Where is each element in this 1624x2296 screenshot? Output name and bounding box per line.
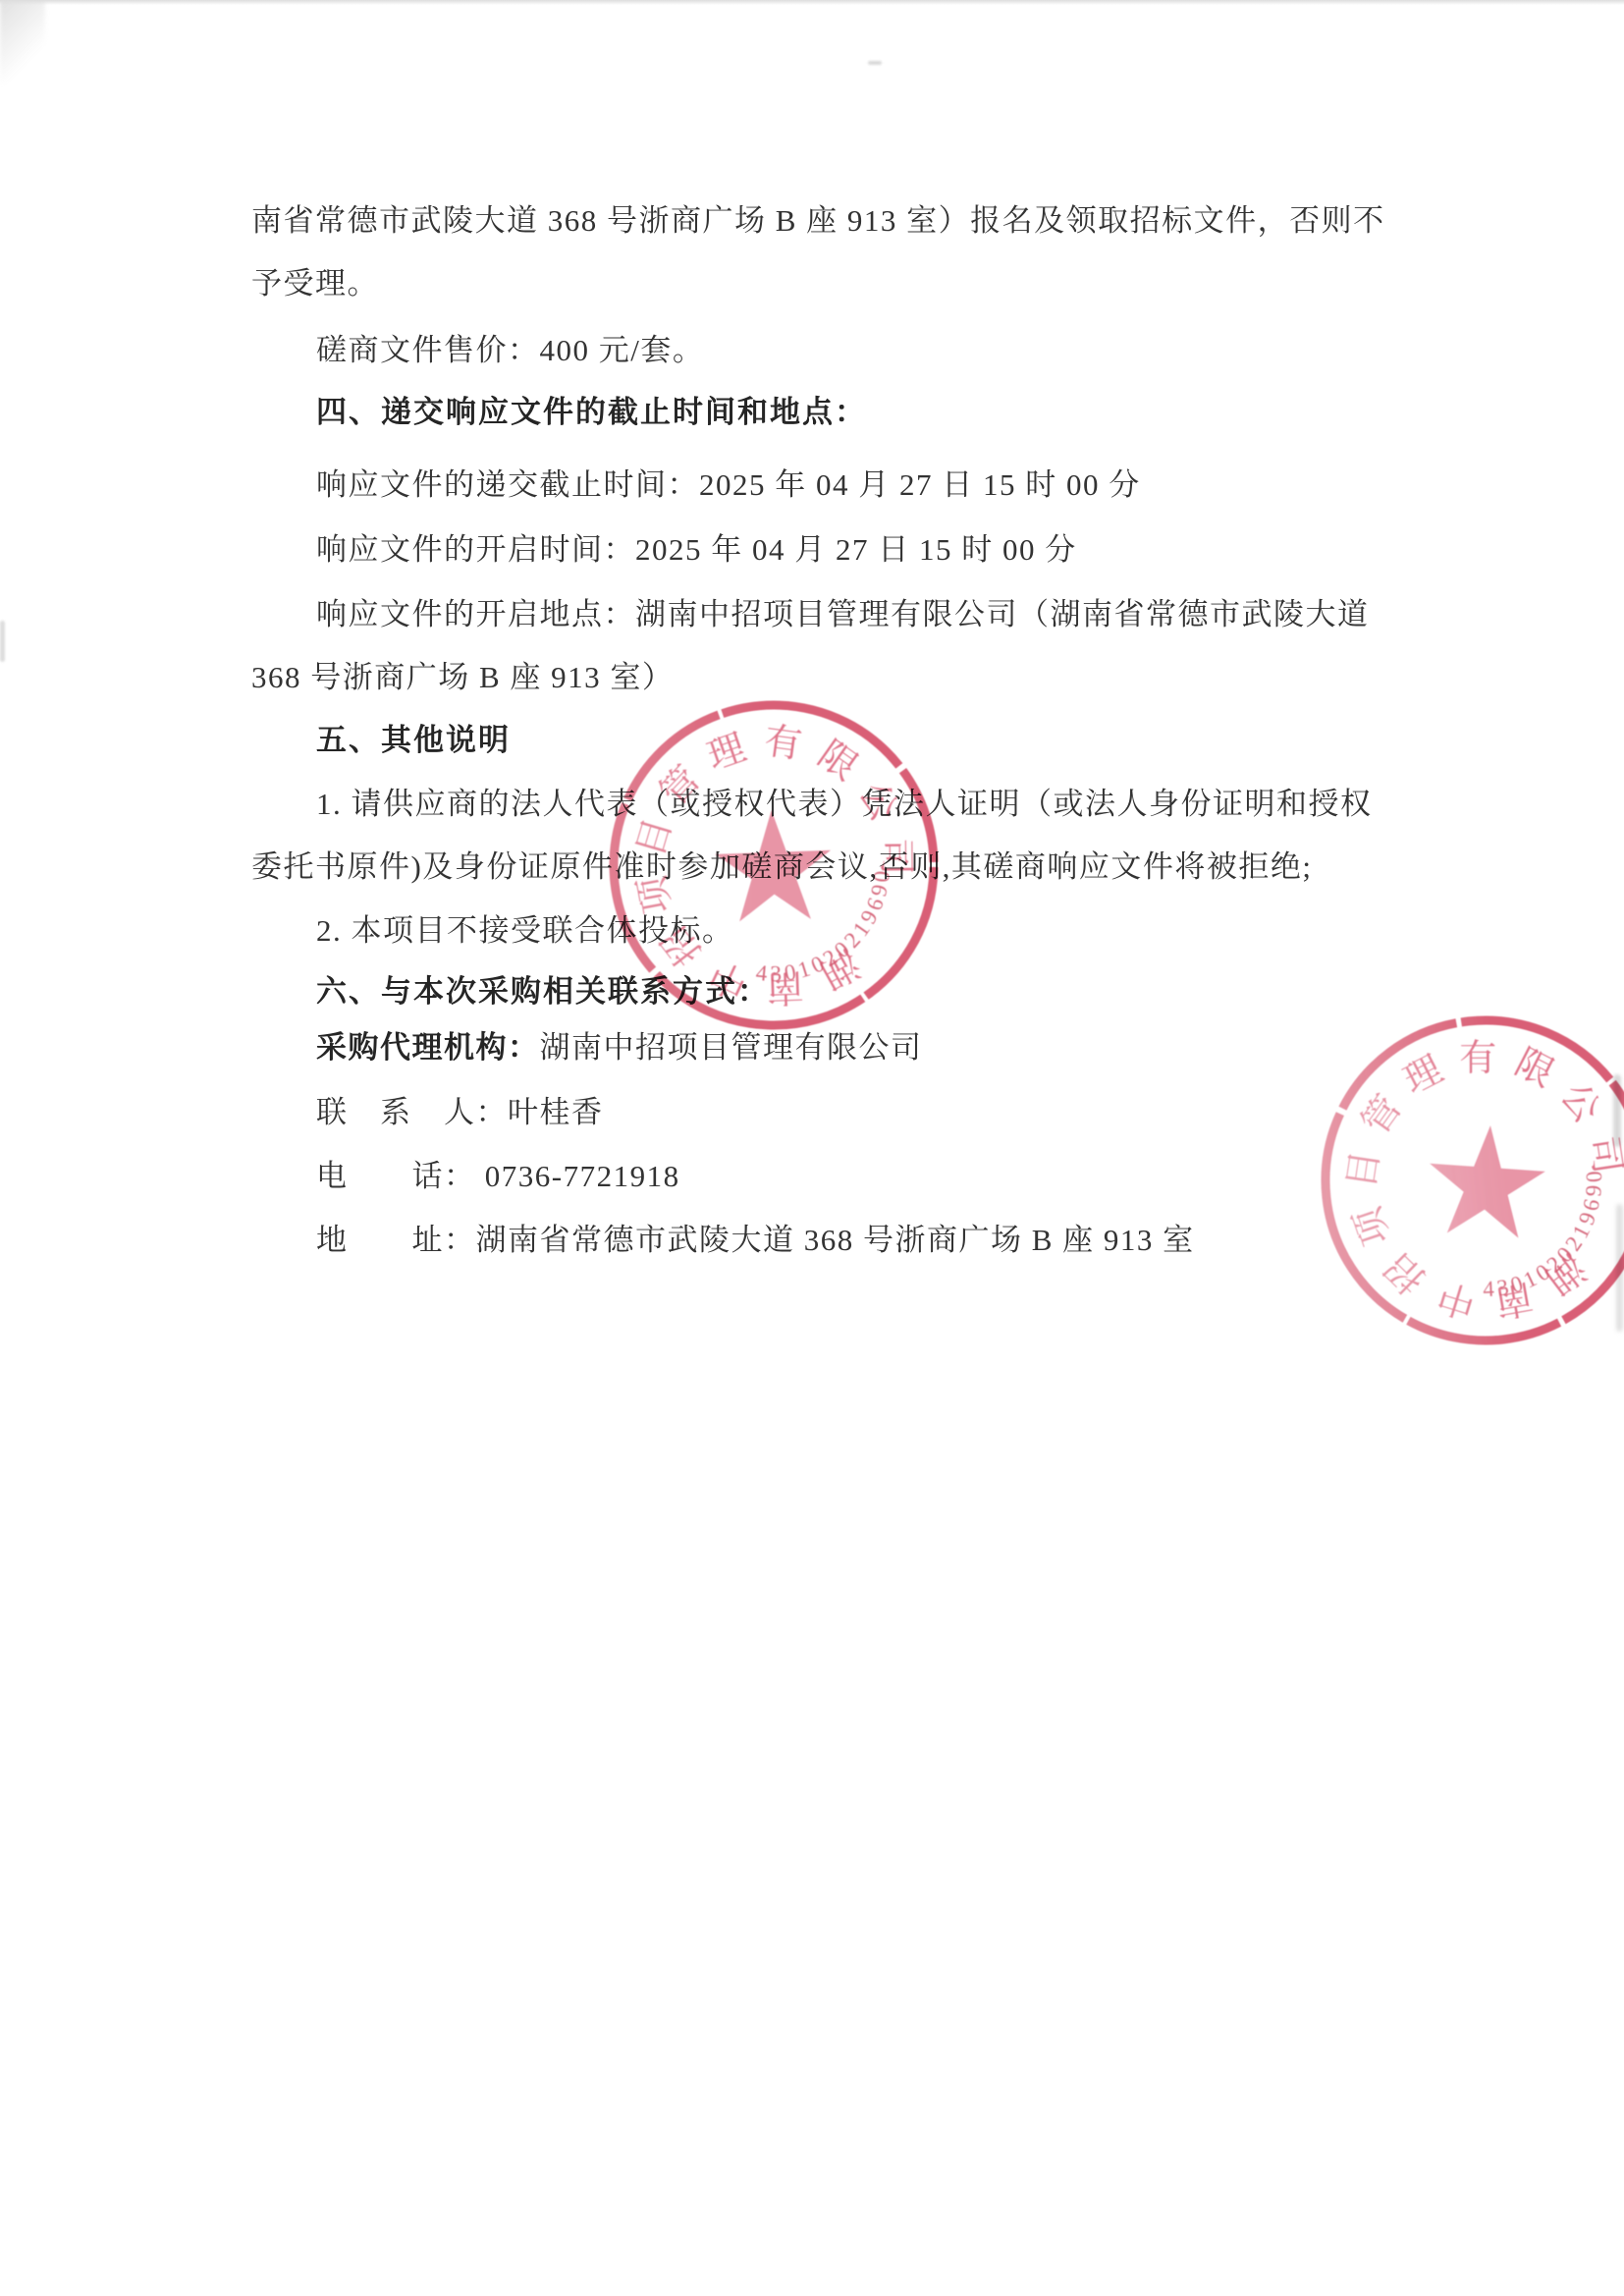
seal-star-icon bbox=[1425, 1121, 1548, 1239]
line-contact-person: 联 系 人：叶桂香 bbox=[316, 1093, 604, 1132]
line-document-price: 磋商文件售价：400 元/套。 bbox=[316, 331, 704, 370]
company-seal-stamp-1: 湖南中招项目管理有限公司 4301020219690 bbox=[577, 669, 970, 1062]
scan-speck bbox=[868, 61, 882, 65]
line-opening-location: 响应文件的开启地点：湖南中招项目管理有限公司（湖南省常德市武陵大道 bbox=[316, 595, 1370, 634]
line-opening-time: 响应文件的开启时间：2025 年 04 月 27 日 15 时 00 分 bbox=[316, 530, 1077, 570]
line-contact-phone: 电 话： 0736-7721918 bbox=[316, 1157, 680, 1196]
line-submission-deadline: 响应文件的递交截止时间：2025 年 04 月 27 日 15 时 00 分 bbox=[316, 465, 1141, 505]
company-seal-stamp-2: 湖南中招项目管理有限公司 4301020219690 bbox=[1289, 984, 1624, 1377]
line-contact-address: 地 址：湖南省常德市武陵大道 368 号浙商广场 B 座 913 室 bbox=[316, 1221, 1195, 1260]
line-address-continuation-2: 予受理。 bbox=[251, 264, 379, 303]
scan-edge-shading bbox=[0, 0, 1624, 5]
agency-field-label: 采购代理机构： bbox=[316, 1030, 540, 1065]
heading-section-5: 五、其他说明 bbox=[316, 721, 511, 760]
line-address-continuation: 南省常德市武陵大道 368 号浙商广场 B 座 913 室）报名及领取招标文件，… bbox=[251, 201, 1385, 241]
seal-star-icon bbox=[714, 808, 834, 922]
document-page: 南省常德市武陵大道 368 号浙商广场 B 座 913 室）报名及领取招标文件，… bbox=[0, 0, 1624, 2296]
scan-speck bbox=[0, 621, 5, 662]
heading-section-4: 四、递交响应文件的截止时间和地点： bbox=[316, 393, 867, 432]
scan-corner-smudge bbox=[0, 0, 45, 84]
